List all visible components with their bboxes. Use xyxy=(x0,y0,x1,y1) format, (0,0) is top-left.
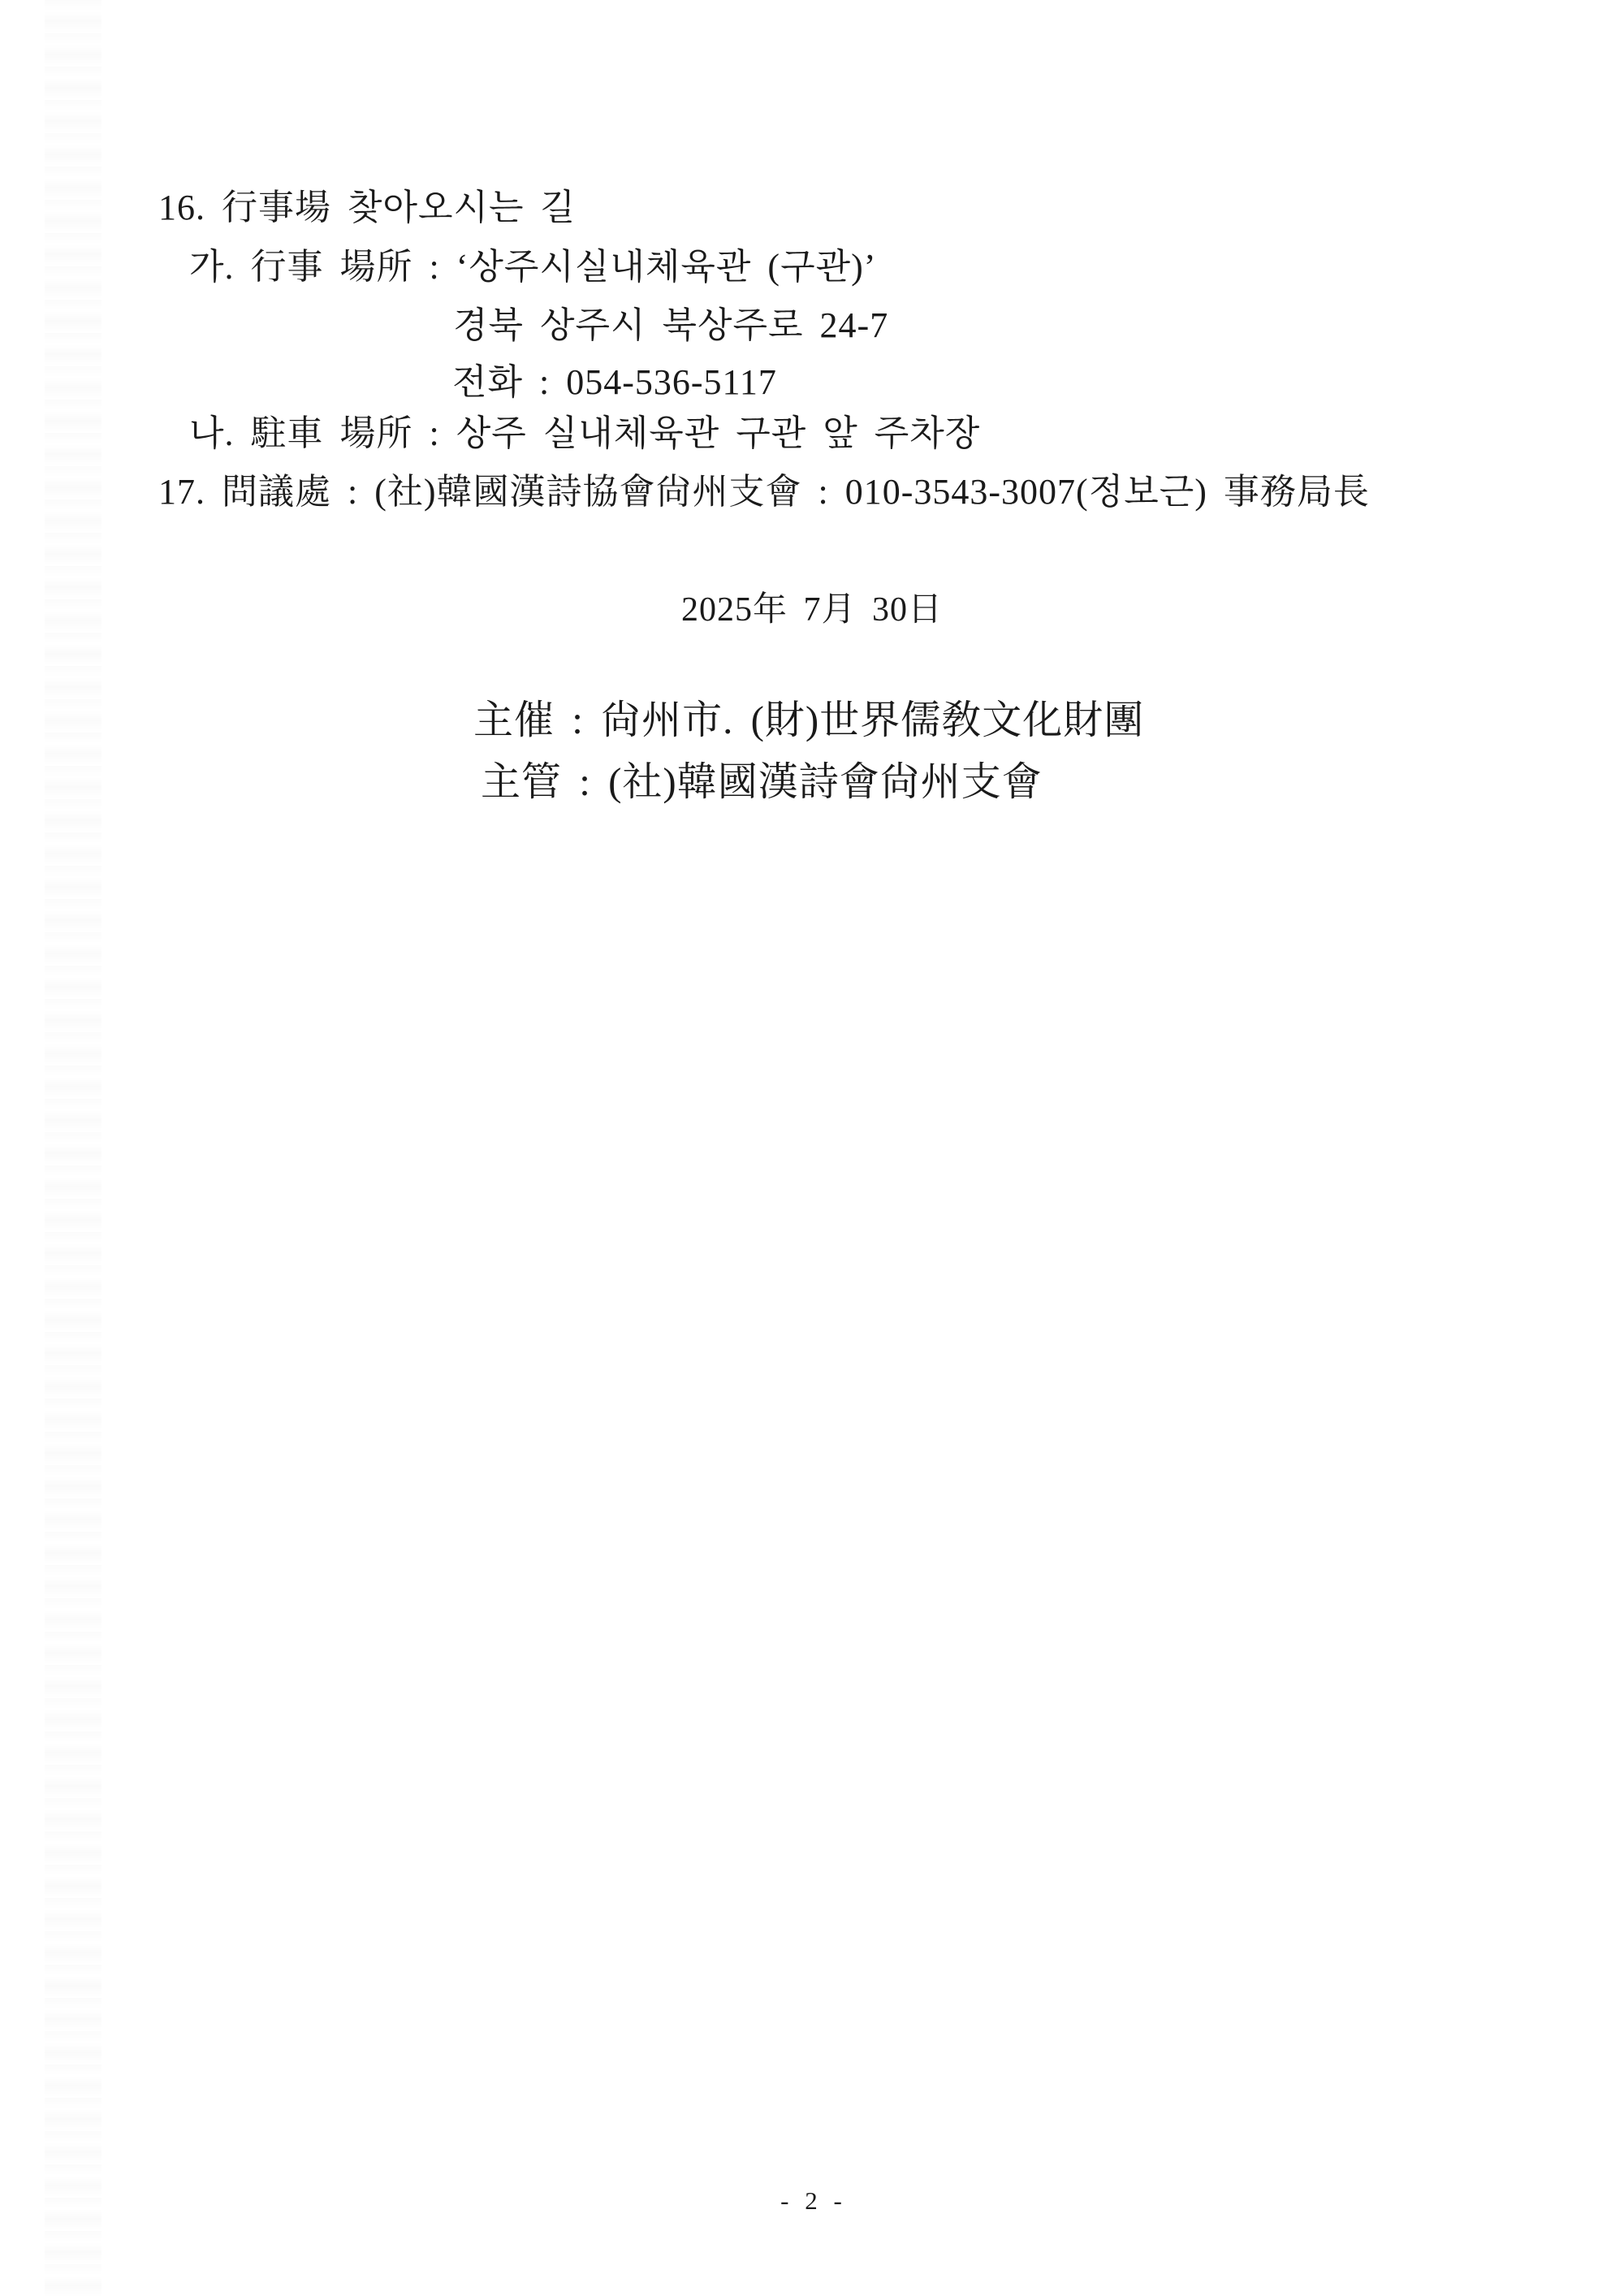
organizer-line: 主管 : (社)韓國漢詩會尙州支會 xyxy=(481,762,1043,802)
document-page: 16. 行事場 찾아오시는 길 가. 行事 場所 : ‘상주시실내체육관 (구관… xyxy=(0,0,1624,2296)
parking-line: 나. 駐車 場所 : 상주 실내체육관 구관 앞 주차장 xyxy=(189,416,980,452)
scan-noise-artifact xyxy=(45,0,101,2296)
host-line: 主催 : 尙州市. (財)世界儒敎文化財團 xyxy=(473,700,1144,740)
page-number: - 2 - xyxy=(0,2188,1624,2213)
venue-line: 가. 行事 場所 : ‘상주시실내체육관 (구관)’ xyxy=(189,249,876,285)
date-line: 2025年 7月 30日 xyxy=(0,593,1624,627)
contact-line: 17. 問議處 : (社)韓國漢詩協會尙州支會 : 010-3543-3007(… xyxy=(158,474,1370,510)
section16-heading: 16. 行事場 찾아오시는 길 xyxy=(158,190,576,226)
phone-line: 전화 : 054-536-5117 xyxy=(452,365,777,400)
address-line: 경북 상주시 북상주로 24-7 xyxy=(453,308,888,344)
